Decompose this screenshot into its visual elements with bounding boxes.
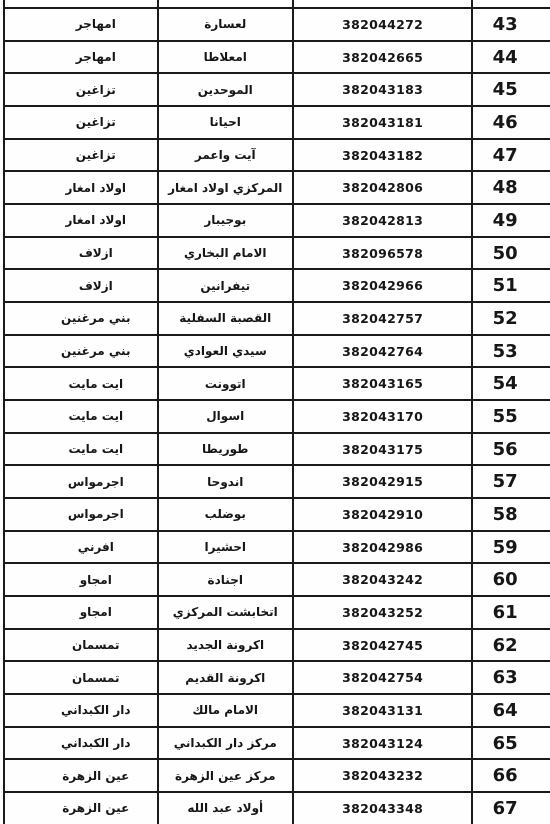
row-number-cell: 63 bbox=[473, 662, 550, 693]
table-body: امهاجر لعسارة 382044272 43 امهاجر امعلاط… bbox=[5, 7, 550, 824]
commune-cell: دار الكبداني bbox=[5, 728, 159, 759]
row-number-cell: 64 bbox=[473, 695, 550, 726]
station-code-cell: 382043183 bbox=[294, 74, 473, 105]
row-number-cell: 43 bbox=[473, 9, 550, 40]
station-code-cell: 382043165 bbox=[294, 368, 473, 399]
table-row: امجاو اتخابشت المركزي 382043252 61 bbox=[5, 595, 550, 628]
station-code-cell: 382042806 bbox=[294, 172, 473, 203]
station-name-cell: الامام مالك bbox=[159, 695, 294, 726]
station-code-cell: 382042665 bbox=[294, 42, 473, 73]
table-row: اولاد امغار المركزي اولاد امغار 38204280… bbox=[5, 170, 550, 203]
commune-cell: تمسمان bbox=[5, 630, 159, 661]
polling-stations-table: امهاجر لعسارة 382044272 43 امهاجر امعلاط… bbox=[3, 0, 550, 824]
row-number-cell: 53 bbox=[473, 336, 550, 367]
station-code-cell: 382043170 bbox=[294, 401, 473, 432]
station-name-cell: اتوونت bbox=[159, 368, 294, 399]
table-row: افرني احشيرا 382042986 59 bbox=[5, 530, 550, 563]
station-name-cell: سيدي العوادي bbox=[159, 336, 294, 367]
row-number-cell: 50 bbox=[473, 238, 550, 269]
commune-cell: بني مرغنين bbox=[5, 303, 159, 334]
station-name-cell: الموحدين bbox=[159, 74, 294, 105]
table-row: امجاو اجنادة 382043242 60 bbox=[5, 562, 550, 595]
row-number-cell: 51 bbox=[473, 270, 550, 301]
station-code-cell bbox=[294, 0, 473, 7]
row-number-cell: 59 bbox=[473, 532, 550, 563]
station-name-cell: اتخابشت المركزي bbox=[159, 597, 294, 628]
table-row: امهاجر لعسارة 382044272 43 bbox=[5, 7, 550, 40]
station-name-cell: احشيرا bbox=[159, 532, 294, 563]
row-number-cell: 57 bbox=[473, 466, 550, 497]
table-row: امهاجر امعلاطا 382042665 44 bbox=[5, 40, 550, 73]
station-name-cell: آيت واعمر bbox=[159, 140, 294, 171]
table-row: ازلاف الامام البخاري 382096578 50 bbox=[5, 236, 550, 269]
table-row: دار الكبداني الامام مالك 382043131 64 bbox=[5, 693, 550, 726]
table-row: اولاد امغار بوجيبار 382042813 49 bbox=[5, 203, 550, 236]
station-code-cell: 382043181 bbox=[294, 107, 473, 138]
commune-cell: تمسمان bbox=[5, 662, 159, 693]
station-name-cell: بوجيبار bbox=[159, 205, 294, 236]
commune-cell: تزاغين bbox=[5, 74, 159, 105]
station-code-cell: 382042764 bbox=[294, 336, 473, 367]
row-number-cell: 55 bbox=[473, 401, 550, 432]
station-name-cell: اسوال bbox=[159, 401, 294, 432]
station-code-cell: 382043124 bbox=[294, 728, 473, 759]
partial-row-top bbox=[5, 0, 550, 7]
commune-cell: بني مرغنين bbox=[5, 336, 159, 367]
commune-cell: اجرمواس bbox=[5, 499, 159, 530]
station-name-cell: الامام البخاري bbox=[159, 238, 294, 269]
station-code-cell: 382096578 bbox=[294, 238, 473, 269]
station-name-cell: طوريطا bbox=[159, 434, 294, 465]
table-row: عين الزهرة مركز عين الزهرة 382043232 66 bbox=[5, 758, 550, 791]
row-number-cell: 48 bbox=[473, 172, 550, 203]
commune-cell: اولاد امغار bbox=[5, 172, 159, 203]
station-name-cell: تيفرانين bbox=[159, 270, 294, 301]
row-number-cell: 45 bbox=[473, 74, 550, 105]
row-number-cell: 47 bbox=[473, 140, 550, 171]
row-number-cell: 58 bbox=[473, 499, 550, 530]
document-page: امهاجر لعسارة 382044272 43 امهاجر امعلاط… bbox=[0, 0, 550, 824]
station-code-cell: 382042813 bbox=[294, 205, 473, 236]
station-code-cell: 382043252 bbox=[294, 597, 473, 628]
row-number-cell bbox=[473, 0, 550, 7]
station-code-cell: 382043131 bbox=[294, 695, 473, 726]
station-name-cell bbox=[159, 0, 294, 7]
station-code-cell: 382043175 bbox=[294, 434, 473, 465]
row-number-cell: 44 bbox=[473, 42, 550, 73]
station-code-cell: 382043242 bbox=[294, 564, 473, 595]
station-name-cell: لعسارة bbox=[159, 9, 294, 40]
commune-cell: ازلاف bbox=[5, 270, 159, 301]
table-row: بني مرغنين القصبة السفلية 382042757 52 bbox=[5, 301, 550, 334]
row-number-cell: 49 bbox=[473, 205, 550, 236]
commune-cell: ايت مايت bbox=[5, 368, 159, 399]
commune-cell: تزاغين bbox=[5, 107, 159, 138]
table-row: تزاغين احيانا 382043181 46 bbox=[5, 105, 550, 138]
commune-cell: امهاجر bbox=[5, 42, 159, 73]
table-row: تزاغين الموحدين 382043183 45 bbox=[5, 72, 550, 105]
table-row: دار الكبداني مركز دار الكبداني 382043124… bbox=[5, 726, 550, 759]
table-row: عين الزهرة أولاد عبد الله 382043348 67 bbox=[5, 791, 550, 824]
station-name-cell: المركزي اولاد امغار bbox=[159, 172, 294, 203]
table-row: اجرمواس بوضلب 382042910 58 bbox=[5, 497, 550, 530]
commune-cell: تزاغين bbox=[5, 140, 159, 171]
row-number-cell: 46 bbox=[473, 107, 550, 138]
commune-cell: ايت مايت bbox=[5, 434, 159, 465]
commune-cell: امهاجر bbox=[5, 9, 159, 40]
station-name-cell: مركز عين الزهرة bbox=[159, 760, 294, 791]
row-number-cell: 60 bbox=[473, 564, 550, 595]
row-number-cell: 66 bbox=[473, 760, 550, 791]
station-name-cell: القصبة السفلية bbox=[159, 303, 294, 334]
commune-cell bbox=[5, 0, 159, 7]
table-row: ايت مايت اتوونت 382043165 54 bbox=[5, 366, 550, 399]
station-code-cell: 382042754 bbox=[294, 662, 473, 693]
station-name-cell: امعلاطا bbox=[159, 42, 294, 73]
row-number-cell: 61 bbox=[473, 597, 550, 628]
station-code-cell: 382042915 bbox=[294, 466, 473, 497]
row-number-cell: 54 bbox=[473, 368, 550, 399]
station-name-cell: أولاد عبد الله bbox=[159, 793, 294, 824]
table-row: ايت مايت طوريطا 382043175 56 bbox=[5, 432, 550, 465]
station-name-cell: اكرونة الجديد bbox=[159, 630, 294, 661]
commune-cell: اجرمواس bbox=[5, 466, 159, 497]
row-number-cell: 65 bbox=[473, 728, 550, 759]
station-code-cell: 382042745 bbox=[294, 630, 473, 661]
table-row: ازلاف تيفرانين 382042966 51 bbox=[5, 268, 550, 301]
commune-cell: ايت مايت bbox=[5, 401, 159, 432]
commune-cell: عين الزهرة bbox=[5, 793, 159, 824]
commune-cell: امجاو bbox=[5, 564, 159, 595]
station-code-cell: 382042966 bbox=[294, 270, 473, 301]
station-name-cell: اندوحا bbox=[159, 466, 294, 497]
commune-cell: امجاو bbox=[5, 597, 159, 628]
table-row: بني مرغنين سيدي العوادي 382042764 53 bbox=[5, 334, 550, 367]
table-row: تزاغين آيت واعمر 382043182 47 bbox=[5, 138, 550, 171]
row-number-cell: 67 bbox=[473, 793, 550, 824]
station-name-cell: احيانا bbox=[159, 107, 294, 138]
table-row: تمسمان اكرونة القديم 382042754 63 bbox=[5, 660, 550, 693]
station-code-cell: 382042986 bbox=[294, 532, 473, 563]
row-number-cell: 62 bbox=[473, 630, 550, 661]
station-code-cell: 382043232 bbox=[294, 760, 473, 791]
station-name-cell: بوضلب bbox=[159, 499, 294, 530]
commune-cell: دار الكبداني bbox=[5, 695, 159, 726]
row-number-cell: 56 bbox=[473, 434, 550, 465]
commune-cell: اولاد امغار bbox=[5, 205, 159, 236]
station-code-cell: 382043182 bbox=[294, 140, 473, 171]
commune-cell: عين الزهرة bbox=[5, 760, 159, 791]
station-name-cell: اجنادة bbox=[159, 564, 294, 595]
station-code-cell: 382042910 bbox=[294, 499, 473, 530]
table-row: اجرمواس اندوحا 382042915 57 bbox=[5, 464, 550, 497]
station-name-cell: اكرونة القديم bbox=[159, 662, 294, 693]
table-row: تمسمان اكرونة الجديد 382042745 62 bbox=[5, 628, 550, 661]
commune-cell: افرني bbox=[5, 532, 159, 563]
commune-cell: ازلاف bbox=[5, 238, 159, 269]
row-number-cell: 52 bbox=[473, 303, 550, 334]
station-name-cell: مركز دار الكبداني bbox=[159, 728, 294, 759]
table-row: ايت مايت اسوال 382043170 55 bbox=[5, 399, 550, 432]
station-code-cell: 382044272 bbox=[294, 9, 473, 40]
station-code-cell: 382042757 bbox=[294, 303, 473, 334]
station-code-cell: 382043348 bbox=[294, 793, 473, 824]
